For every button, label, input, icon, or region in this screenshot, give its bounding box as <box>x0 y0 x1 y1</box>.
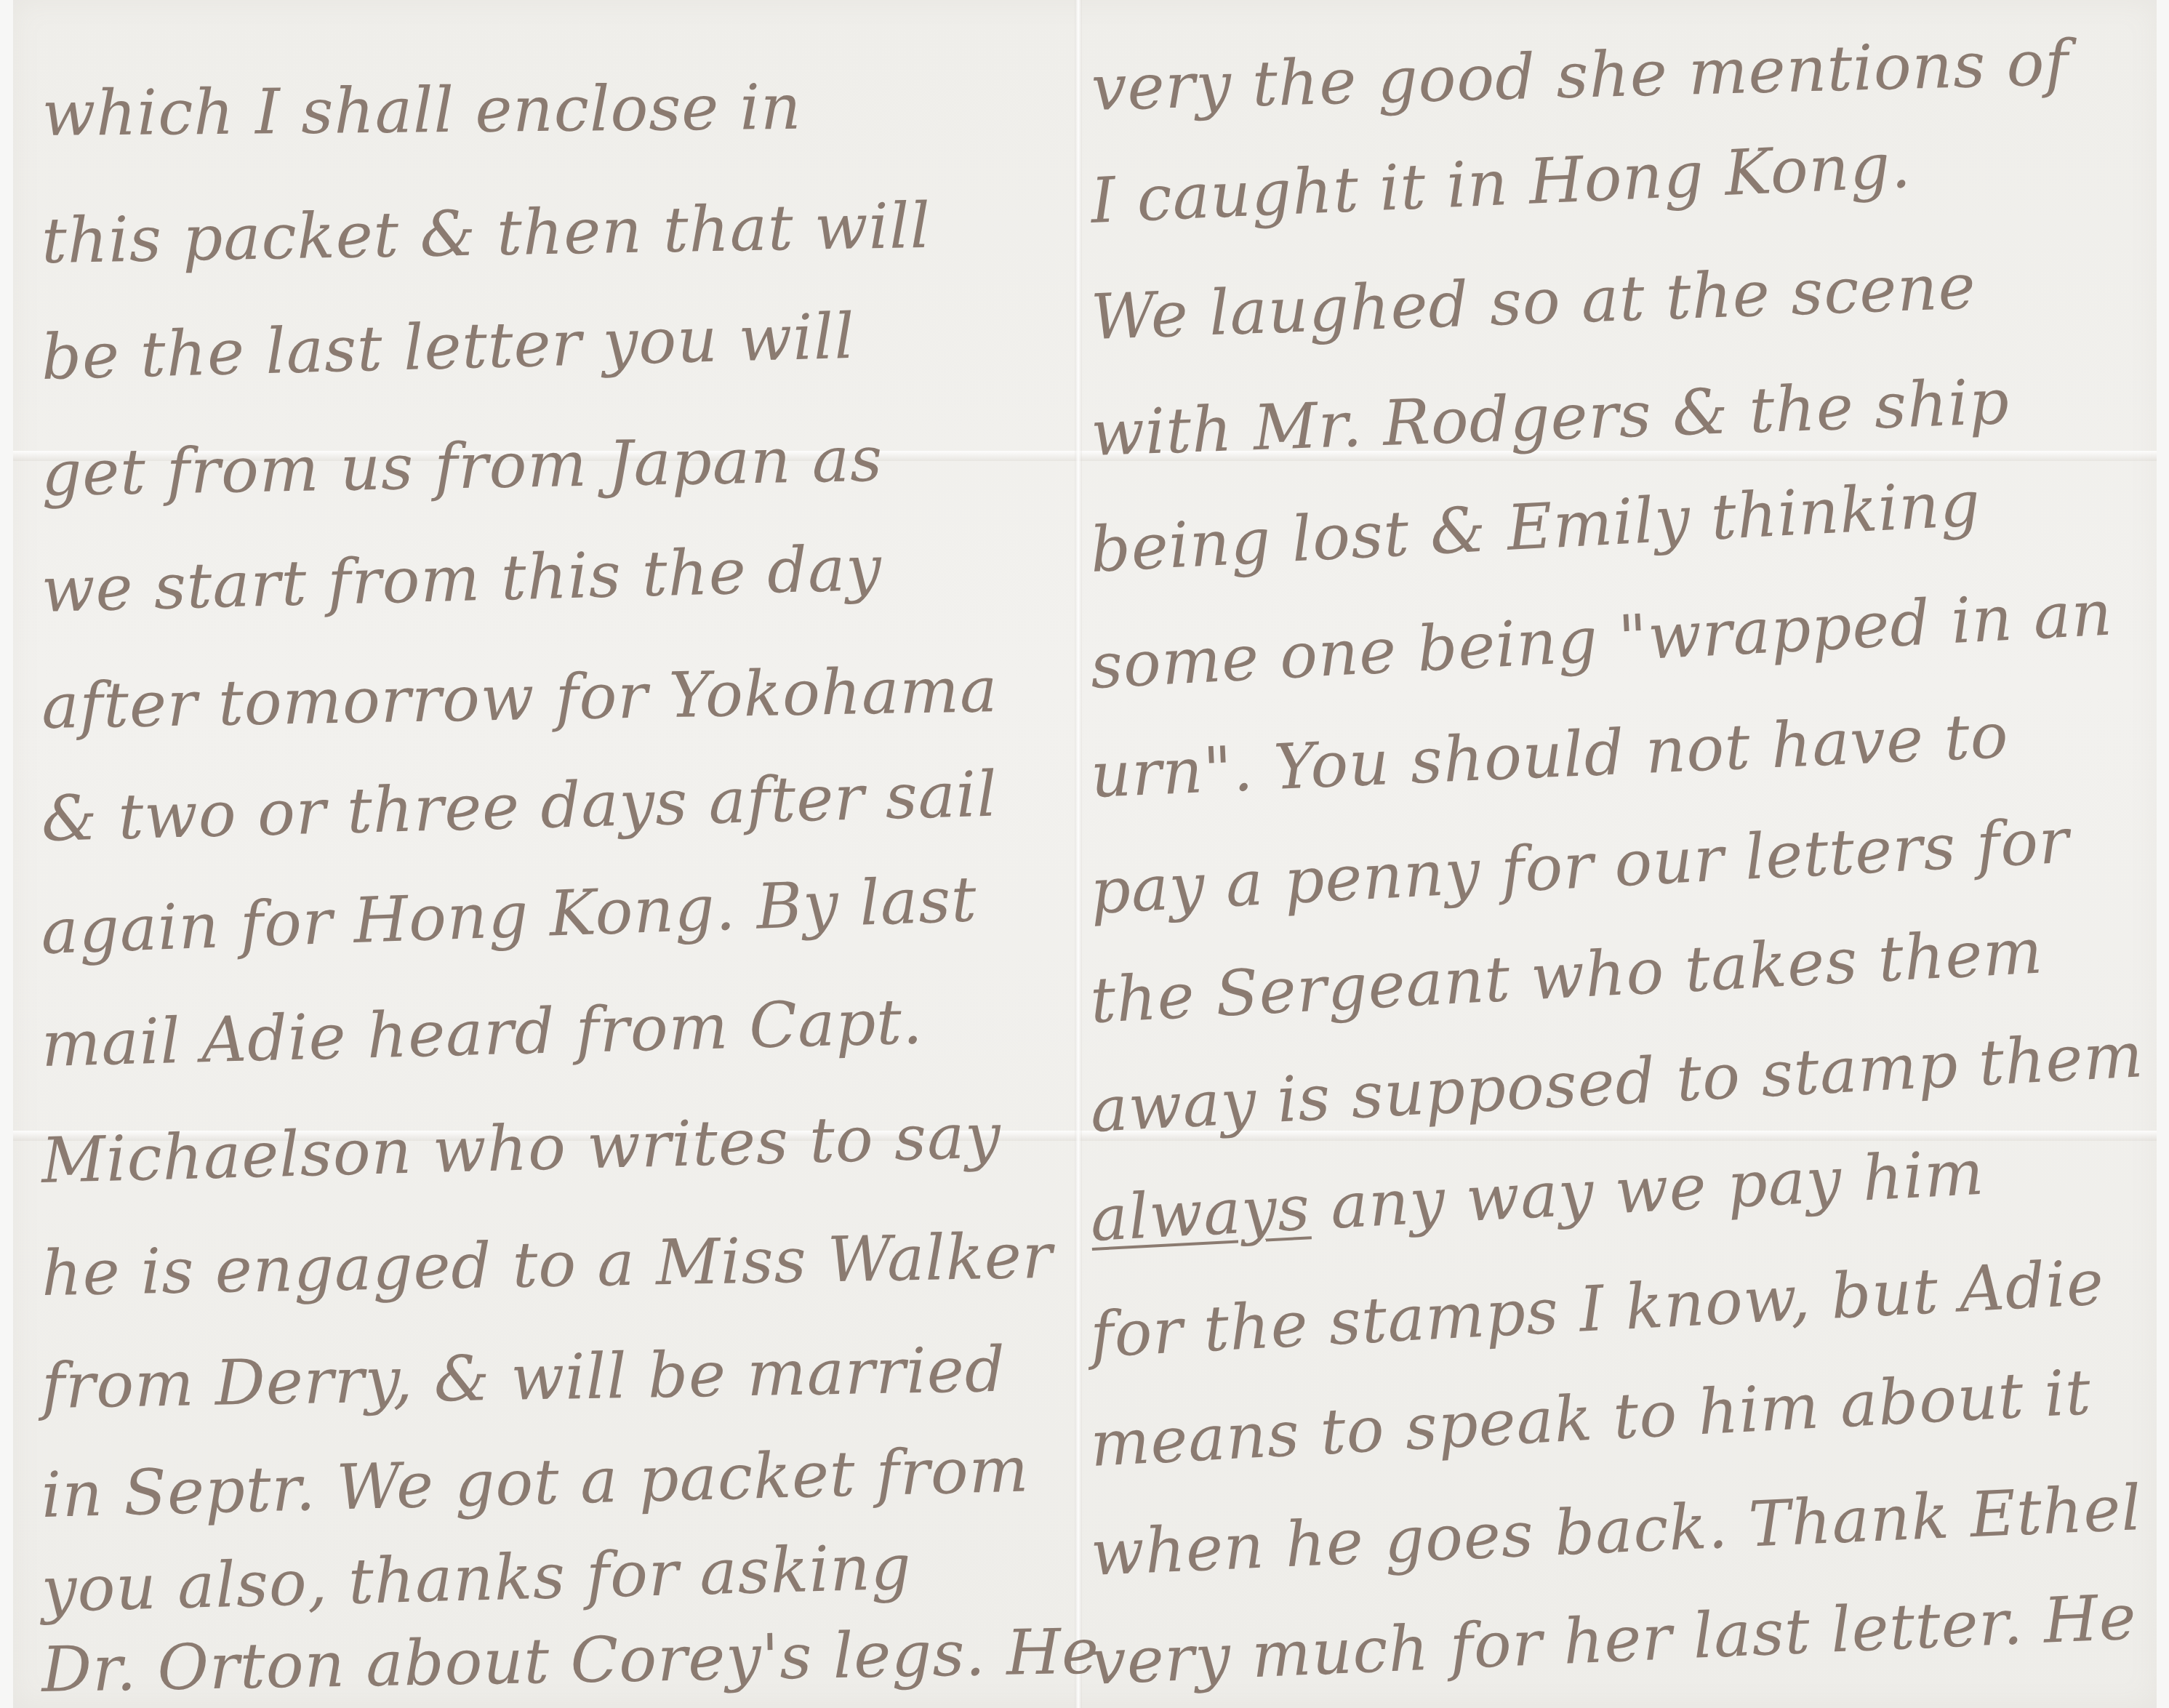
underlined-word: always <box>1088 1171 1312 1256</box>
letter-line: this packet & then that will <box>41 195 931 273</box>
letter-line: you also, thanks for asking <box>41 1536 913 1621</box>
letter-line: very the good she mentions of <box>1091 32 2069 120</box>
letter-line: being lost & Emily thinking <box>1088 473 1981 582</box>
letter-line: some one being "wrapped in an <box>1088 582 2114 698</box>
letter-line: Michaelson who writes to say <box>41 1104 1002 1192</box>
letter-line: when he goes back. Thank Ethel <box>1089 1477 2143 1585</box>
letter-line: after tomorrow for Yokohama <box>41 659 998 738</box>
letter-line: which I shall enclose in <box>41 76 802 145</box>
letter-line: be the last letter you will <box>41 305 856 389</box>
letter-line: urn". You should not have to <box>1089 705 2010 807</box>
letter-line: the Sergeant who takes them <box>1088 920 2044 1033</box>
letter-line: away is supposed to stamp them <box>1088 1024 2144 1142</box>
letter-line: & two or three days after sail <box>41 763 998 851</box>
letter-line: from Derry, & will be married <box>41 1339 1006 1418</box>
letter-line: Dr. Orton about Corey's legs. He <box>41 1621 1099 1701</box>
letter-line: with Mr. Rodgers & the ship <box>1090 371 2010 465</box>
letter-line: get from us from Japan as <box>41 428 883 505</box>
letter-line: mail Adie heard from Capt. <box>41 990 924 1076</box>
letter-line: for the stamps I know, but Adie <box>1088 1251 2105 1367</box>
letter-line: means to speak to him about it <box>1088 1361 2093 1476</box>
letter-line: always any way we pay him <box>1088 1142 1985 1251</box>
letter-line: again for Hong Kong. By last <box>40 868 978 963</box>
paper-edge-right <box>2157 0 2169 1708</box>
paper-edge-left <box>0 0 13 1708</box>
letter-line: he is engaged to a Miss Walker <box>41 1225 1053 1305</box>
letter-line: we start from this the day <box>41 537 883 622</box>
letter-line: in Septr. We got a packet from <box>41 1438 1030 1527</box>
letter-line: We laughed so at the scene <box>1090 256 1977 349</box>
left-page: which I shall enclose in this packet & t… <box>13 0 1078 1708</box>
right-page: very the good she mentions of I caught i… <box>1078 0 2157 1708</box>
letter-line: very much for her last letter. He <box>1089 1586 2138 1694</box>
letter-line: I caught it in Hong Kong. <box>1089 135 1912 233</box>
letter-line: pay a penny for our letters for <box>1088 810 2071 923</box>
